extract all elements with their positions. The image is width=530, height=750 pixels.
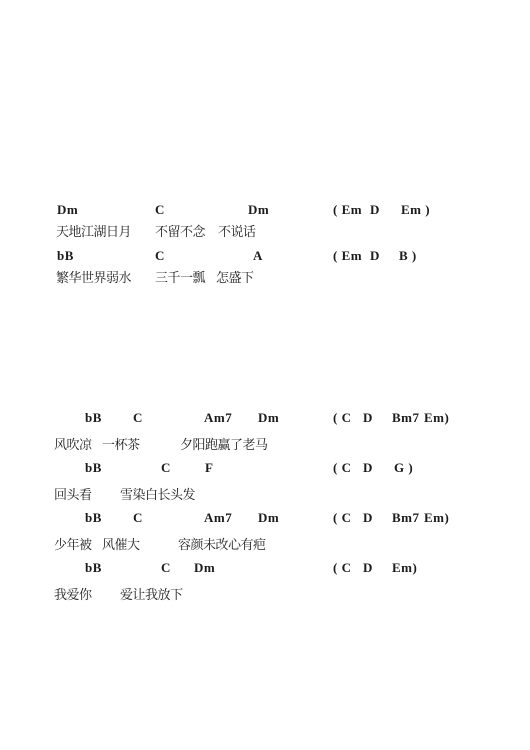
chord-symbol: ( C xyxy=(333,560,351,576)
chord-line-1: Dm C Dm ( Em D Em ) xyxy=(0,202,530,222)
lyric-segment: 雪染白长头发 xyxy=(120,484,195,503)
chord-line-3: bB C Am7 Dm ( C D Bm7 Em) xyxy=(0,410,530,430)
chord-symbol: Em) xyxy=(424,510,449,526)
chord-symbol: G ) xyxy=(394,460,413,476)
chord-symbol: bB xyxy=(85,510,102,526)
lyric-segment: 爱让我放下 xyxy=(120,584,183,603)
lyric-segment: 不留不念 xyxy=(155,221,205,240)
chord-symbol: Dm xyxy=(258,510,279,526)
chord-symbol: Dm xyxy=(194,560,215,576)
lyric-segment: 风吹凉 xyxy=(54,434,92,453)
chord-symbol: Am7 xyxy=(204,410,232,426)
chord-symbol: C xyxy=(161,560,171,576)
chord-symbol: bB xyxy=(85,560,102,576)
chord-symbol: Em) xyxy=(424,410,449,426)
chord-symbol: Dm xyxy=(57,202,78,218)
chord-symbol: D xyxy=(363,560,373,576)
lyric-segment: 一杯茶 xyxy=(102,434,140,453)
chord-line-6: bB C Dm ( C D Em) xyxy=(0,560,530,580)
chord-symbol: D xyxy=(363,460,373,476)
chord-sheet-page: Dm C Dm ( Em D Em ) 天地江湖日月 不留不念 不说话 bB C… xyxy=(0,0,530,750)
chord-symbol: C xyxy=(155,248,165,264)
lyric-line-3: 风吹凉 一杯茶 夕阳跑赢了老马 xyxy=(0,434,530,454)
lyric-line-4: 回头看 雪染白长头发 xyxy=(0,484,530,504)
chord-line-5: bB C Am7 Dm ( C D Bm7 Em) xyxy=(0,510,530,530)
lyric-segment: 回头看 xyxy=(54,484,92,503)
chord-symbol: D xyxy=(363,410,373,426)
chord-symbol: ( Em xyxy=(333,248,362,264)
chord-symbol: D xyxy=(363,510,373,526)
chord-symbol: ( C xyxy=(333,510,351,526)
chord-symbol: C xyxy=(155,202,165,218)
chord-symbol: Dm xyxy=(258,410,279,426)
lyric-line-2: 繁华世界弱水 三千一瓢 怎盛下 xyxy=(0,267,530,287)
lyric-segment: 三千一瓢 xyxy=(155,267,205,286)
chord-symbol: Bm7 xyxy=(392,510,420,526)
chord-symbol: ( Em xyxy=(333,202,362,218)
chord-symbol: Am7 xyxy=(204,510,232,526)
chord-line-4: bB C F ( C D G ) xyxy=(0,460,530,480)
chord-symbol: Bm7 xyxy=(392,410,420,426)
chord-symbol: C xyxy=(161,460,171,476)
chord-symbol: ( C xyxy=(333,460,351,476)
lyric-line-1: 天地江湖日月 不留不念 不说话 xyxy=(0,221,530,241)
chord-symbol: bB xyxy=(85,410,102,426)
chord-symbol: ( C xyxy=(333,410,351,426)
lyric-line-5: 少年被 风催大 容颜未改心有疤 xyxy=(0,534,530,554)
lyric-segment: 风催大 xyxy=(102,534,140,553)
chord-symbol: bB xyxy=(85,460,102,476)
lyric-segment: 怎盛下 xyxy=(216,267,254,286)
lyric-segment: 我爱你 xyxy=(54,584,92,603)
chord-symbol: C xyxy=(133,510,143,526)
lyric-segment: 夕阳跑赢了老马 xyxy=(180,434,268,453)
chord-symbol: F xyxy=(205,460,213,476)
chord-symbol: Em ) xyxy=(401,202,430,218)
chord-symbol: Em) xyxy=(392,560,417,576)
chord-symbol: D xyxy=(370,248,380,264)
chord-symbol: C xyxy=(133,410,143,426)
lyric-line-6: 我爱你 爱让我放下 xyxy=(0,584,530,604)
chord-symbol: A xyxy=(253,248,263,264)
chord-symbol: bB xyxy=(57,248,74,264)
lyric-segment: 容颜未改心有疤 xyxy=(178,534,266,553)
chord-symbol: D xyxy=(370,202,380,218)
lyric-segment: 少年被 xyxy=(54,534,92,553)
chord-line-2: bB C A ( Em D B ) xyxy=(0,248,530,268)
lyric-segment: 不说话 xyxy=(218,221,256,240)
chord-symbol: B ) xyxy=(399,248,417,264)
chord-symbol: Dm xyxy=(248,202,269,218)
lyric-segment: 繁华世界弱水 xyxy=(56,267,131,286)
lyric-segment: 天地江湖日月 xyxy=(56,221,131,240)
